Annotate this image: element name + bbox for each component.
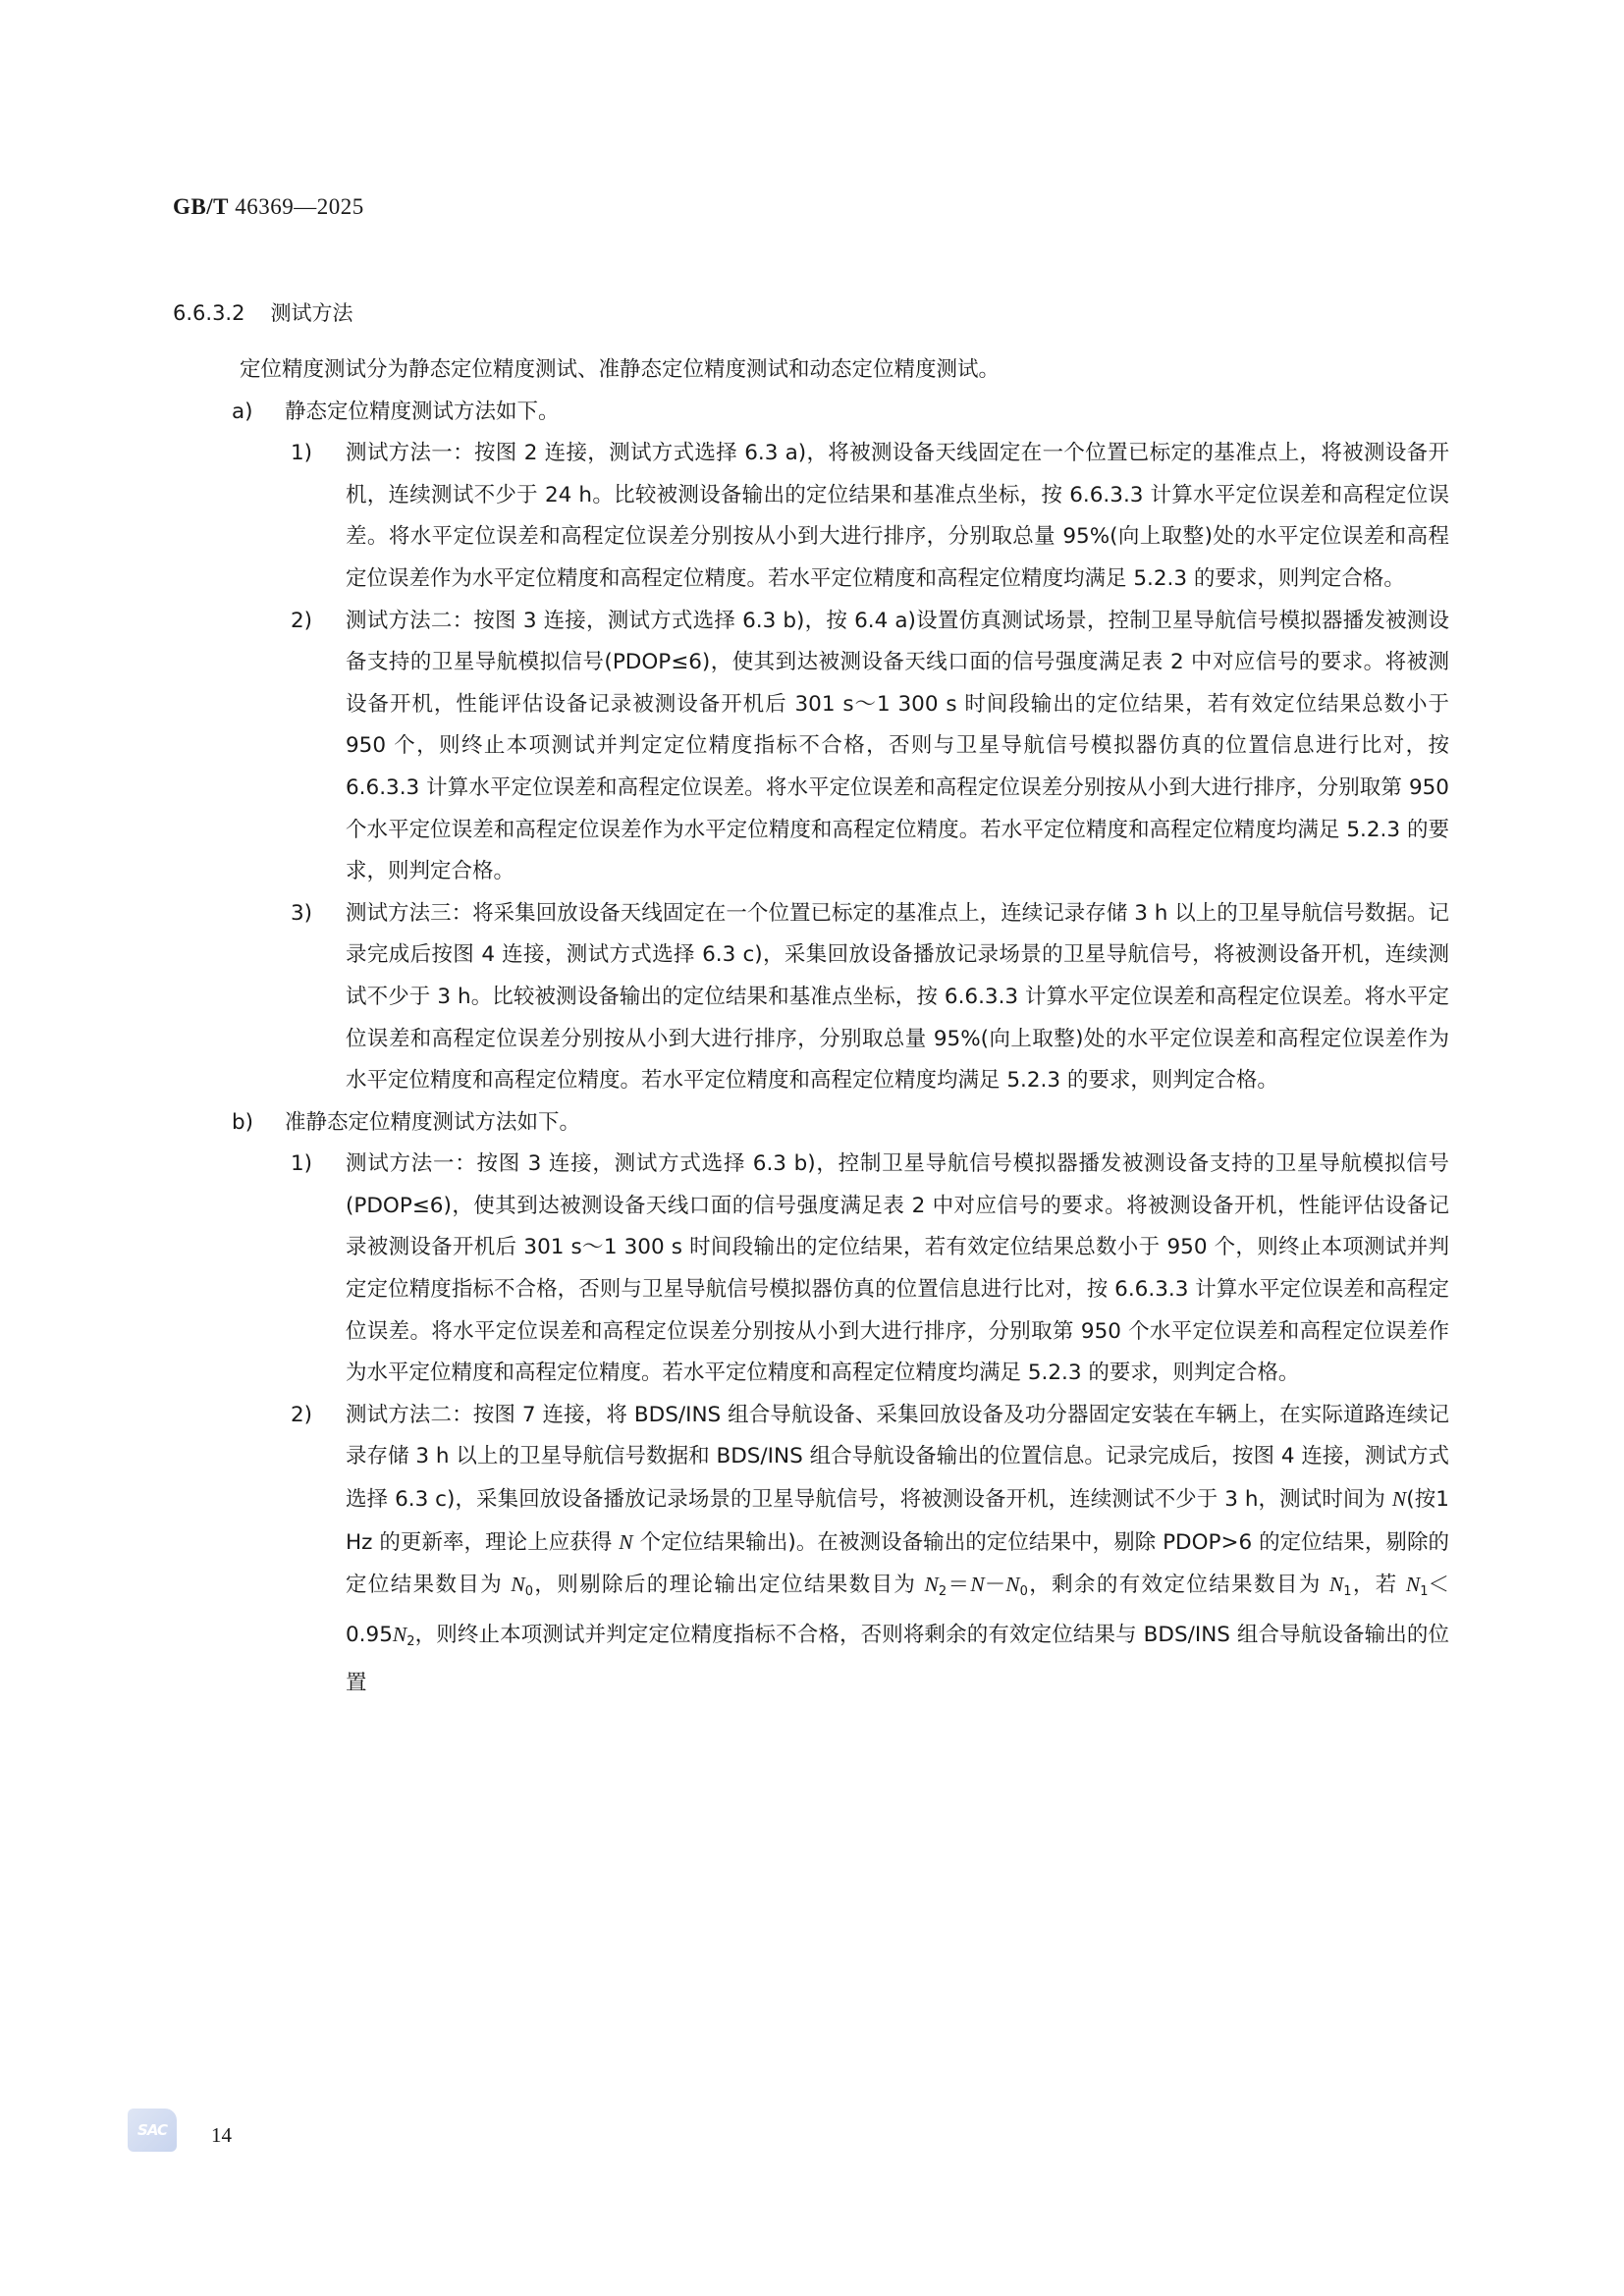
- section-title: 测试方法: [270, 301, 352, 325]
- list-item-a-3: 3) 测试方法三：将采集回放设备天线固定在一个位置已标定的基准点上，连续记录存储…: [173, 893, 1449, 1102]
- list-item-text: 测试方法二：按图 7 连接，将 BDS/INS 组合导航设备、采集回放设备及功分…: [346, 1395, 1449, 1705]
- document-body: 定位精度测试分为静态定位精度测试、准静态定位精度测试和动态定位精度测试。 a) …: [173, 349, 1449, 1705]
- list-item-a-1: 1) 测试方法一：按图 2 连接，测试方式选择 6.3 a)，将被测设备天线固定…: [173, 433, 1449, 600]
- section-number: 6.6.3.2: [173, 301, 244, 325]
- standard-header: GB/T 46369—2025: [173, 194, 364, 220]
- list-item-text: 测试方法一：按图 2 连接，测试方式选择 6.3 a)，将被测设备天线固定在一个…: [346, 433, 1449, 600]
- standard-number: 46369—2025: [235, 194, 364, 219]
- list-item-b: b) 准静态定位精度测试方法如下。: [173, 1102, 1449, 1145]
- list-item-text: 测试方法一：按图 3 连接，测试方式选择 6.3 b)，控制卫星导航信号模拟器播…: [346, 1144, 1449, 1395]
- list-item-a: a) 静态定位精度测试方法如下。: [173, 392, 1449, 434]
- list-marker: 1): [291, 433, 312, 475]
- list-item-a-2: 2) 测试方法二：按图 3 连接，测试方式选择 6.3 b)，按 6.4 a)设…: [173, 601, 1449, 893]
- list-item-text: 测试方法三：将采集回放设备天线固定在一个位置已标定的基准点上，连续记录存储 3 …: [346, 893, 1449, 1102]
- list-marker: b): [232, 1102, 253, 1145]
- list-item-label: 准静态定位精度测试方法如下。: [285, 1110, 580, 1135]
- list-marker: 1): [291, 1144, 312, 1186]
- list-marker: 2): [291, 601, 312, 643]
- list-marker: 3): [291, 893, 312, 935]
- list-item-label: 静态定位精度测试方法如下。: [285, 400, 560, 424]
- list-marker: 2): [291, 1395, 312, 1437]
- intro-paragraph: 定位精度测试分为静态定位精度测试、准静态定位精度测试和动态定位精度测试。: [173, 349, 1449, 392]
- sac-logo: SAC: [128, 2109, 177, 2152]
- standard-prefix: GB/T: [173, 194, 229, 219]
- list-marker: a): [232, 392, 253, 434]
- section-heading: 6.6.3.2测试方法: [173, 297, 352, 327]
- list-item-text: 测试方法二：按图 3 连接，测试方式选择 6.3 b)，按 6.4 a)设置仿真…: [346, 601, 1449, 893]
- list-item-b-2: 2) 测试方法二：按图 7 连接，将 BDS/INS 组合导航设备、采集回放设备…: [173, 1395, 1449, 1705]
- list-item-b-1: 1) 测试方法一：按图 3 连接，测试方式选择 6.3 b)，控制卫星导航信号模…: [173, 1144, 1449, 1395]
- page-number: 14: [211, 2123, 232, 2148]
